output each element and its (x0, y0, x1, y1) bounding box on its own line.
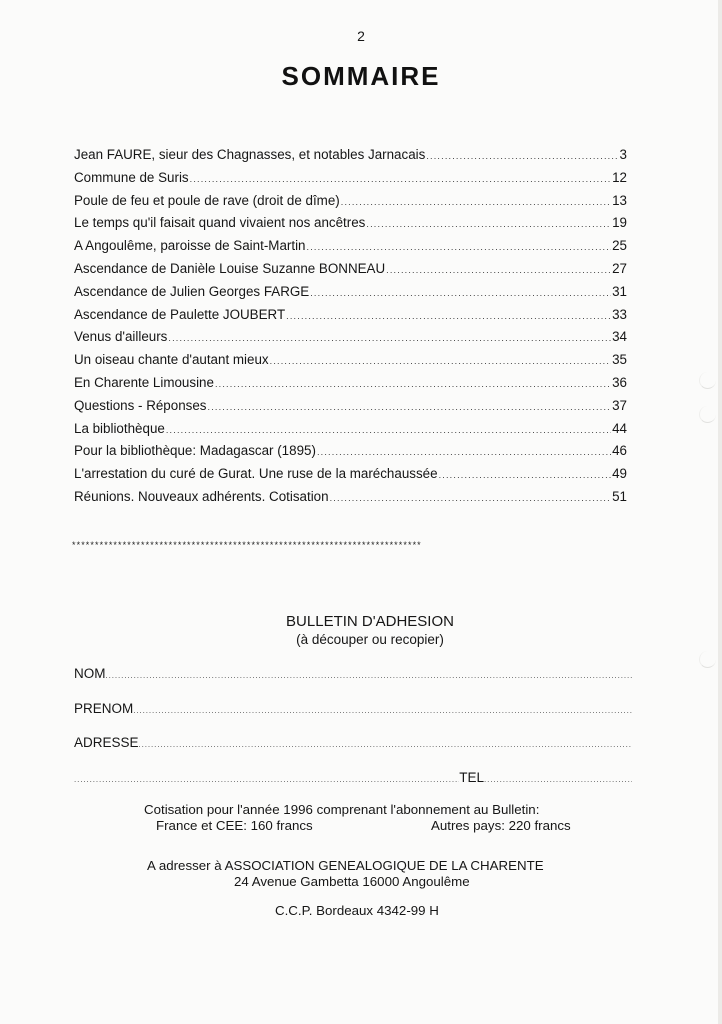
tel-label: TEL (459, 770, 484, 785)
dot-leader (190, 174, 611, 184)
price-autres-pays: Autres pays: 220 francs (431, 818, 571, 834)
toc-entry-page: 36 (612, 375, 627, 390)
toc-entry-title: Ascendance de Danièle Louise Suzanne BON… (74, 261, 385, 276)
toc-entry: Venus d'ailleurs34 (74, 329, 627, 352)
dot-leader (215, 379, 611, 389)
dot-leader (330, 493, 612, 503)
toc-entry-title: L'arrestation du curé de Gurat. Une ruse… (74, 466, 438, 481)
dot-leader (366, 219, 611, 229)
address-line-1: A adresser à ASSOCIATION GENEALOGIQUE DE… (0, 858, 722, 874)
cotisation-line: Cotisation pour l'année 1996 comprenant … (0, 802, 722, 818)
toc-entry-title: Ascendance de Paulette JOUBERT (74, 307, 285, 322)
dot-leader (270, 356, 611, 366)
tel-field[interactable] (484, 775, 632, 784)
toc-entry-title: Réunions. Nouveaux adhérents. Cotisation (74, 489, 329, 504)
punch-hole-mark (699, 406, 716, 423)
toc-entry: Poule de feu et poule de rave (droit de … (74, 193, 627, 216)
toc-entry-title: Pour la bibliothèque: Madagascar (1895) (74, 443, 316, 458)
prenom-label: PRENOM (74, 701, 133, 716)
toc-entry: Pour la bibliothèque: Madagascar (1895)4… (74, 443, 627, 466)
punch-hole-mark (699, 372, 716, 389)
nom-label: NOM (74, 666, 106, 681)
toc-entry-page: 49 (612, 466, 627, 481)
toc-entry-title: Commune de Suris (74, 170, 189, 185)
toc-entry-title: Un oiseau chante d'autant mieux (74, 352, 269, 367)
toc-entry-page: 25 (612, 238, 627, 253)
adresse-suite-tel-row: TEL (74, 770, 632, 796)
toc-entry-title: Jean FAURE, sieur des Chagnasses, et not… (74, 147, 425, 162)
dot-leader (307, 242, 612, 252)
toc-entry: Un oiseau chante d'autant mieux35 (74, 352, 627, 375)
toc-entry-title: Le temps qu'il faisait quand vivaient no… (74, 215, 365, 230)
toc-entry: Jean FAURE, sieur des Chagnasses, et not… (74, 147, 627, 170)
dot-leader (286, 311, 611, 321)
toc-entry: Réunions. Nouveaux adhérents. Cotisation… (74, 489, 627, 512)
toc-entry-page: 12 (612, 170, 627, 185)
toc-entry-page: 51 (612, 489, 627, 504)
nom-row: NOM (74, 666, 632, 692)
nom-field[interactable] (106, 671, 633, 680)
table-of-contents: Jean FAURE, sieur des Chagnasses, et not… (74, 147, 627, 512)
page-title: SOMMAIRE (0, 61, 722, 92)
toc-entry-page: 27 (612, 261, 627, 276)
dot-leader (341, 197, 611, 207)
adresse-row: ADRESSE (74, 735, 632, 761)
toc-entry: Ascendance de Julien Georges FARGE31 (74, 284, 627, 307)
prenom-field[interactable] (133, 706, 632, 715)
toc-entry: Commune de Suris12 (74, 170, 627, 193)
cotisation-info: Cotisation pour l'année 1996 comprenant … (0, 802, 722, 834)
cotisation-prices: France et CEE: 160 francs Autres pays: 2… (0, 818, 722, 834)
toc-entry-title: A Angoulême, paroisse de Saint-Martin (74, 238, 306, 253)
toc-entry-page: 37 (612, 398, 627, 413)
adresse-suite-field[interactable] (74, 775, 459, 784)
adresse-label: ADRESSE (74, 735, 139, 750)
price-france: France et CEE: 160 francs (156, 818, 431, 834)
dot-leader (317, 447, 611, 457)
mailing-address: A adresser à ASSOCIATION GENEALOGIQUE DE… (0, 858, 722, 890)
toc-entry-page: 35 (612, 352, 627, 367)
toc-entry: En Charente Limousine36 (74, 375, 627, 398)
adresse-field[interactable] (139, 740, 632, 749)
page-number: 2 (0, 28, 722, 44)
bulletin-title: BULLETIN D'ADHESION (0, 613, 722, 630)
dot-leader (208, 402, 612, 412)
dot-leader (168, 333, 611, 343)
dot-leader (386, 265, 611, 275)
toc-entry: L'arrestation du curé de Gurat. Une ruse… (74, 466, 627, 489)
toc-entry: A Angoulême, paroisse de Saint-Martin25 (74, 238, 627, 261)
toc-entry-title: La bibliothèque (74, 421, 165, 436)
toc-entry: Questions - Réponses37 (74, 398, 627, 421)
dot-leader (166, 425, 611, 435)
bulletin-subtitle: (à découper ou recopier) (0, 632, 722, 647)
dot-leader (439, 470, 612, 480)
asterisk-separator: ****************************************… (72, 540, 632, 550)
toc-entry-page: 3 (620, 147, 627, 162)
toc-entry: Le temps qu'il faisait quand vivaient no… (74, 215, 627, 238)
toc-entry-page: 46 (612, 443, 627, 458)
toc-entry-page: 19 (612, 215, 627, 230)
toc-entry-title: En Charente Limousine (74, 375, 214, 390)
address-line-2: 24 Avenue Gambetta 16000 Angoulême (0, 874, 722, 890)
toc-entry-title: Questions - Réponses (74, 398, 207, 413)
membership-form: NOM PRENOM ADRESSE TEL (74, 666, 632, 804)
toc-entry-page: 33 (612, 307, 627, 322)
dot-leader (426, 151, 618, 161)
punch-hole-mark (699, 651, 716, 668)
toc-entry-page: 44 (612, 421, 627, 436)
toc-entry-title: Ascendance de Julien Georges FARGE (74, 284, 309, 299)
ccp-account: C.C.P. Bordeaux 4342-99 H (275, 903, 439, 918)
toc-entry-title: Venus d'ailleurs (74, 329, 167, 344)
toc-entry-page: 13 (612, 193, 627, 208)
toc-entry: La bibliothèque44 (74, 421, 627, 444)
toc-entry: Ascendance de Paulette JOUBERT33 (74, 307, 627, 330)
toc-entry-title: Poule de feu et poule de rave (droit de … (74, 193, 340, 208)
toc-entry-page: 34 (612, 329, 627, 344)
dot-leader (310, 288, 611, 298)
toc-entry: Ascendance de Danièle Louise Suzanne BON… (74, 261, 627, 284)
toc-entry-page: 31 (612, 284, 627, 299)
prenom-row: PRENOM (74, 701, 632, 727)
